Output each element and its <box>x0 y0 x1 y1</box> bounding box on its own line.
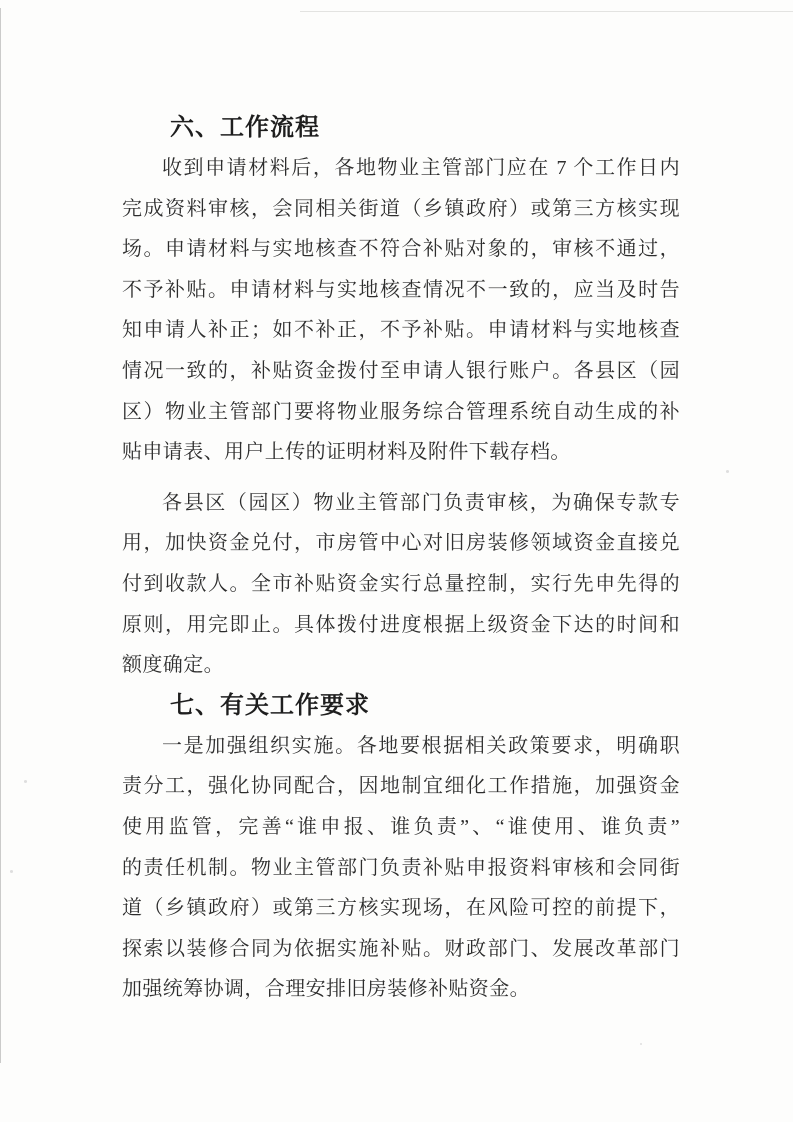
section-work-process: 六、工作流程 收到申请材料后，各地物业主管部门应在 7 个工作日内 完成资料审核… <box>122 108 680 686</box>
paragraph-review-process: 收到申请材料后，各地物业主管部门应在 7 个工作日内 完成资料审核，会同相关街道… <box>122 148 680 473</box>
text-line: 贴申请表、用户上传的证明材料及附件下载存档。 <box>122 432 680 473</box>
section-work-requirements: 七、有关工作要求 一是加强组织实施。各地要根据相关政策要求，明确职 责分工，强化… <box>122 686 680 1010</box>
text-line: 加强统筹协调，合理安排旧房装修补贴资金。 <box>122 969 680 1010</box>
text-line: 探索以装修合同为依据实施补贴。财政部门、发展改革部门 <box>122 929 680 970</box>
text-line: 知申请人补正；如不补正，不予补贴。申请材料与实地核查 <box>122 310 680 351</box>
scan-speckle <box>10 870 13 873</box>
scan-speckle <box>640 1043 642 1045</box>
text-line: 使用监管，完善“谁申报、谁负责”、“谁使用、谁负责” <box>122 807 680 848</box>
document-content: 六、工作流程 收到申请材料后，各地物业主管部门应在 7 个工作日内 完成资料审核… <box>122 108 680 1010</box>
scan-artifact-left-edge <box>0 8 1 1063</box>
text-line: 不予补贴。申请材料与实地核查情况不一致的，应当及时告 <box>122 270 680 311</box>
scan-artifact-top-line <box>300 11 793 12</box>
text-line: 额度确定。 <box>122 645 680 686</box>
text-line: 区）物业主管部门要将物业服务综合管理系统自动生成的补 <box>122 392 680 433</box>
text-line: 付到收款人。全市补贴资金实行总量控制，实行先申先得的 <box>122 564 680 605</box>
paragraph-fund-disbursement: 各县区（园区）物业主管部门负责审核，为确保专款专 用，加快资金兑付，市房管中心对… <box>122 483 680 686</box>
scanned-document-page: 六、工作流程 收到申请材料后，各地物业主管部门应在 7 个工作日内 完成资料审核… <box>0 0 793 1122</box>
scan-speckle <box>726 470 729 473</box>
text-line: 的责任机制。物业主管部门负责补贴申报资料审核和会同街 <box>122 848 680 889</box>
text-line: 道（乡镇政府）或第三方核实现场，在风险可控的前提下， <box>122 888 680 929</box>
section-heading-work-process: 六、工作流程 <box>122 108 680 148</box>
text-line: 用，加快资金兑付，市房管中心对旧房装修领域资金直接兑 <box>122 523 680 564</box>
section-heading-work-requirements: 七、有关工作要求 <box>122 686 680 726</box>
text-line: 原则，用完即止。具体拨付进度根据上级资金下达的时间和 <box>122 605 680 646</box>
text-line: 收到申请材料后，各地物业主管部门应在 7 个工作日内 <box>122 148 680 189</box>
text-line: 完成资料审核，会同相关街道（乡镇政府）或第三方核实现 <box>122 189 680 230</box>
text-line: 一是加强组织实施。各地要根据相关政策要求，明确职 <box>122 726 680 767</box>
paragraph-organization-implementation: 一是加强组织实施。各地要根据相关政策要求，明确职 责分工，强化协同配合，因地制宜… <box>122 726 680 1010</box>
text-line: 责分工，强化协同配合，因地制宜细化工作措施，加强资金 <box>122 766 680 807</box>
text-line: 情况一致的，补贴资金拨付至申请人银行账户。各县区（园 <box>122 351 680 392</box>
text-line: 场。申请材料与实地核查不符合补贴对象的，审核不通过， <box>122 229 680 270</box>
text-line: 各县区（园区）物业主管部门负责审核，为确保专款专 <box>122 483 680 524</box>
scan-speckle <box>24 780 27 783</box>
